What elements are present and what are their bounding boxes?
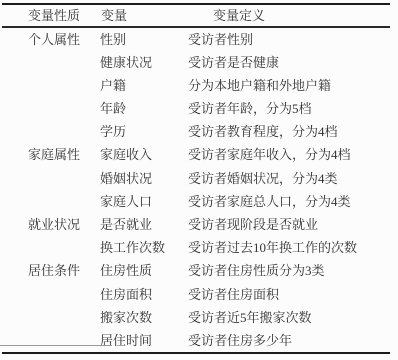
variable-cell: 家庭人口 — [100, 190, 152, 213]
variable-cell: 学历 — [100, 120, 126, 143]
definition-cell: 分为本地户籍和外地户籍 — [188, 74, 331, 97]
table-row: 居住时间 受访者住房多少年 — [0, 329, 398, 352]
category-cell: 个人属性 — [28, 28, 80, 51]
definition-cell: 受访者是否健康 — [188, 51, 279, 74]
column-header-variable-definition: 变量定义 — [213, 5, 265, 26]
variable-cell: 住房性质 — [100, 259, 152, 282]
column-header-variable: 变量 — [101, 5, 127, 26]
variable-cell: 家庭收入 — [100, 143, 152, 166]
category-cell: 居住条件 — [28, 259, 80, 282]
definition-cell: 受访者婚姻状况，分为4类 — [188, 167, 338, 190]
table-row: 家庭人口 受访者家庭总人口，分为4类 — [0, 190, 398, 213]
variable-cell: 性别 — [100, 28, 126, 51]
column-header-variable-nature: 变量性质 — [28, 5, 80, 26]
variable-cell: 户籍 — [100, 74, 126, 97]
definition-cell: 受访者教育程度，分为4档 — [188, 120, 338, 143]
table-bottom-rule — [2, 352, 390, 354]
table-body: 个人属性 性别 受访者性别 健康状况 受访者是否健康 户籍 分为本地户籍和外地户… — [0, 28, 398, 353]
table-row: 婚姻状况 受访者婚姻状况，分为4类 — [0, 167, 398, 190]
definition-cell: 受访者年龄，分为5档 — [188, 97, 312, 120]
definition-cell: 受访者过去10年换工作的次数 — [188, 236, 357, 259]
table-row: 搬家次数 受访者近5年搬家次数 — [0, 306, 398, 329]
definition-cell: 受访者现阶段是否就业 — [188, 213, 318, 236]
table-row: 个人属性 性别 受访者性别 — [0, 28, 398, 51]
definition-cell: 受访者性别 — [188, 28, 253, 51]
table-row: 户籍 分为本地户籍和外地户籍 — [0, 74, 398, 97]
table-row: 家庭属性 家庭收入 受访者家庭年收入，分为4档 — [0, 143, 398, 166]
table-header-row: 变量性质 变量 变量定义 — [0, 5, 398, 26]
variable-cell: 是否就业 — [100, 213, 152, 236]
variable-cell: 搬家次数 — [100, 306, 152, 329]
table-row: 住房面积 受访者住房面积 — [0, 283, 398, 306]
definition-cell: 受访者家庭总人口，分为4类 — [188, 190, 351, 213]
variable-definition-table: 变量性质 变量 变量定义 个人属性 性别 受访者性别 健康状况 受访者是否健康 … — [0, 0, 398, 360]
variable-cell: 居住时间 — [100, 329, 152, 352]
table-row: 健康状况 受访者是否健康 — [0, 51, 398, 74]
variable-cell: 婚姻状况 — [100, 167, 152, 190]
table-row: 学历 受访者教育程度，分为4档 — [0, 120, 398, 143]
variable-cell: 换工作次数 — [100, 236, 165, 259]
table-row: 就业状况 是否就业 受访者现阶段是否就业 — [0, 213, 398, 236]
definition-cell: 受访者住房面积 — [188, 283, 279, 306]
table-row: 年龄 受访者年龄，分为5档 — [0, 97, 398, 120]
footnote-rule — [0, 345, 112, 346]
category-cell: 就业状况 — [28, 213, 80, 236]
definition-cell: 受访者住房性质分为3类 — [188, 259, 325, 282]
variable-cell: 年龄 — [100, 97, 126, 120]
table-row: 居住条件 住房性质 受访者住房性质分为3类 — [0, 259, 398, 282]
table-row: 换工作次数 受访者过去10年换工作的次数 — [0, 236, 398, 259]
definition-cell: 受访者近5年搬家次数 — [188, 306, 312, 329]
variable-cell: 健康状况 — [100, 51, 152, 74]
variable-cell: 住房面积 — [100, 283, 152, 306]
definition-cell: 受访者住房多少年 — [188, 329, 292, 352]
category-cell: 家庭属性 — [28, 143, 80, 166]
definition-cell: 受访者家庭年收入，分为4档 — [188, 143, 351, 166]
